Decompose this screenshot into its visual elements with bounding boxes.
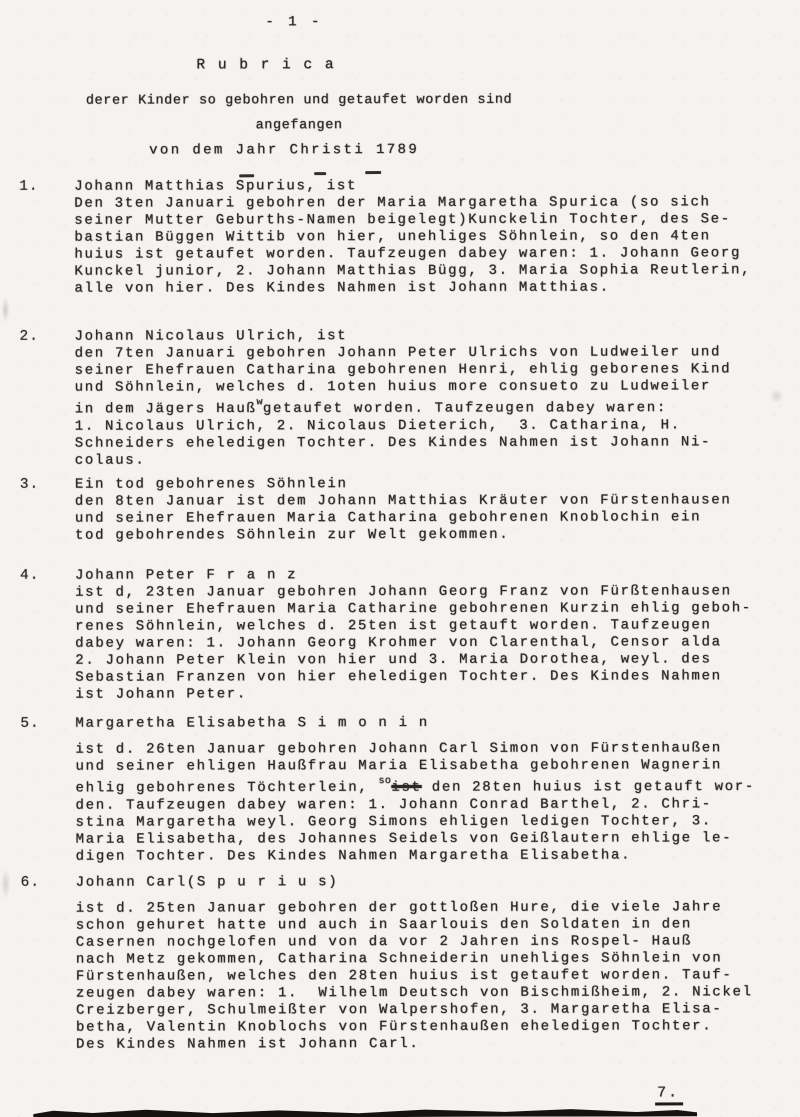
entry-text-line: 1. Nicolaus Ulrich, 2. Nicolaus Dieteric… <box>75 417 774 435</box>
page-title: R u b r i c a <box>0 57 566 75</box>
entry-text-line: und seiner Ehefrauen Maria Catharine geb… <box>75 600 774 618</box>
entry-text-line: colaus. <box>75 451 774 469</box>
entry-heading: Johann Carl(S p u r i u s) <box>76 873 775 891</box>
entry-text-line: Fürstenhaußen, welches den 28ten huius i… <box>76 967 775 985</box>
entry-body: Johann Nicolaus Ulrich, istden 7ten Janu… <box>75 327 774 469</box>
entry-text-line: seiner Mutter Geburths-Namen beigelegt)K… <box>74 211 773 229</box>
entry-body: Johann Peter F r a n zist d, 23ten Janua… <box>75 566 774 703</box>
register-entry: 2.Johann Nicolaus Ulrich, istden 7ten Ja… <box>0 327 800 469</box>
entry-text-line: tod gebohrendes Söhnlein zur Welt gekomm… <box>75 526 774 544</box>
entry-text-line: und Söhnlein, welches d. 1oten huius mor… <box>75 378 774 396</box>
entry-text-line: Creizberger, Schulmeißter von Walpershof… <box>76 1001 775 1019</box>
entry-body: Ein tod gebohrenes Söhnleinden 8ten Janu… <box>75 475 774 544</box>
overtype-dash <box>365 171 381 174</box>
entry-text-line: betha, Valentin Knoblochs von Fürstenhau… <box>76 1018 775 1036</box>
entry-text-line: Maria Elisabetha, des Johannes Seidels v… <box>76 830 775 848</box>
entry-number: 1. <box>19 179 38 196</box>
entry-heading: Ein tod gebohrenes Söhnlein <box>75 475 774 493</box>
footer-page-number: 7. <box>655 1084 683 1105</box>
entry-text-line: alle von hier. Des Kindes Nahmen ist Joh… <box>74 279 773 297</box>
register-entry: 3.Ein tod gebohrenes Söhnleinden 8ten Ja… <box>0 475 800 545</box>
entry-text-line: und seiner ehligen Haußfrau Maria Elisab… <box>75 757 774 775</box>
entry-text-line: Den 3ten Januari gebohren der Maria Marg… <box>74 194 773 212</box>
entry-text-line: Casernen nochgelofen und von da vor 2 Ja… <box>76 933 775 951</box>
entry-text-line: und seiner Ehefrauen Maria Catharina geb… <box>75 509 774 527</box>
scan-smudge <box>1 297 9 323</box>
subtitle-line: von dem Jahr Christi 1789 <box>0 142 584 160</box>
entry-text-line: ist d. 26ten Januar gebohren Johann Carl… <box>75 740 774 758</box>
entry-text-line: den 8ten Januar ist dem Johann Matthias … <box>75 492 774 510</box>
register-entry: 5.Margaretha Elisabetha S i m o n i nist… <box>0 714 800 865</box>
entry-number: 3. <box>20 477 39 494</box>
entry-text-line: nach Metz gekommen, Catharina Schneideri… <box>76 950 775 968</box>
entry-heading: Johann Peter F r a n z <box>75 566 774 584</box>
entry-text-line: seiner Ehefrauen Catharina gebohrenen He… <box>75 361 774 379</box>
register-entry: 1.Johann Matthias Spurius, istDen 3ten J… <box>0 177 799 298</box>
entry-heading: Margaretha Elisabetha S i m o n i n <box>75 714 774 732</box>
register-entry: 6.Johann Carl(S p u r i u s)ist d. 25ten… <box>1 873 800 1054</box>
register-entry: 4.Johann Peter F r a n zist d, 23ten Jan… <box>0 566 800 704</box>
entry-text-line: dabey waren: 1. Johann Georg Krohmer von… <box>75 634 774 652</box>
entry-text-line: renes Söhnlein, welches d. 25ten ist get… <box>75 617 774 635</box>
page-marker: - 1 - <box>0 14 594 32</box>
entry-text-line: huius ist getaufet worden. Taufzeugen da… <box>74 245 773 263</box>
entry-body: Johann Carl(S p u r i u s)ist d. 25ten J… <box>76 873 775 1053</box>
entry-text-line: bastian Büggen Wittib von hier, unehlige… <box>74 228 773 246</box>
entry-heading: Johann Nicolaus Ulrich, ist <box>75 327 774 345</box>
entry-text-line: zeugen dabey waren: 1. Wilhelm Deutsch v… <box>76 984 775 1002</box>
entry-text-line: 2. Johann Peter Klein von hier und 3. Ma… <box>75 651 774 669</box>
entry-text-line: digen Tochter. Des Kindes Nahmen Margare… <box>76 847 775 865</box>
entry-text-line: stina Margaretha weyl. Georg Simons ehli… <box>76 813 775 831</box>
entry-text-line: ist Johann Peter. <box>75 685 774 703</box>
entry-text-line: Sebastian Franzen von hier eheledigen To… <box>75 668 774 686</box>
entry-text-line: ist d. 25ten Januar gebohren der gottloß… <box>76 899 775 917</box>
overtype-dash <box>314 172 326 175</box>
scan-smudge <box>770 389 784 403</box>
entries: 1.Johann Matthias Spurius, istDen 3ten J… <box>0 0 799 1</box>
scanned-register-page: - 1 - R u b r i c a derer Kinder so gebo… <box>0 0 800 1117</box>
entry-text-line: Des Kindes Nahmen ist Johann Carl. <box>76 1035 775 1053</box>
entry-text-line: den 7ten Januari gebohren Johann Peter U… <box>75 344 774 362</box>
subtitle-line: angefangen <box>0 117 599 135</box>
entry-number: 4. <box>20 568 39 585</box>
entry-text-line: in dem Jägers Haußwgetaufet worden. Tauf… <box>75 395 774 418</box>
entry-text-line: Kunckel junior, 2. Johann Matthias Bügg,… <box>74 262 773 280</box>
entry-heading: Johann Matthias Spurius, ist <box>74 177 773 195</box>
entry-text-line: den. Taufzeugen dabey waren: 1. Johann C… <box>75 796 774 814</box>
entry-body: Margaretha Elisabetha S i m o n i nist d… <box>75 714 774 865</box>
subtitle-line: derer Kinder so gebohren und getaufet wo… <box>0 92 599 110</box>
entry-text-line: schon gehuret hatte und auch in Saarloui… <box>76 916 775 934</box>
entry-number: 2. <box>20 329 39 346</box>
scan-edge-artifact <box>33 1107 697 1117</box>
entry-number: 5. <box>20 716 39 733</box>
overtype-dash <box>239 174 254 177</box>
entry-text-line: Schneiders eheledigen Tochter. Des Kinde… <box>75 434 774 452</box>
entry-text-line: ehlig gebohrenes Töchterlein, soist den … <box>75 774 774 797</box>
scan-smudge <box>1 869 11 899</box>
entry-number: 6. <box>21 875 40 892</box>
entry-body: Johann Matthias Spurius, istDen 3ten Jan… <box>74 177 773 297</box>
entry-text-line: ist d, 23ten Januar gebohren Johann Geor… <box>75 583 774 601</box>
